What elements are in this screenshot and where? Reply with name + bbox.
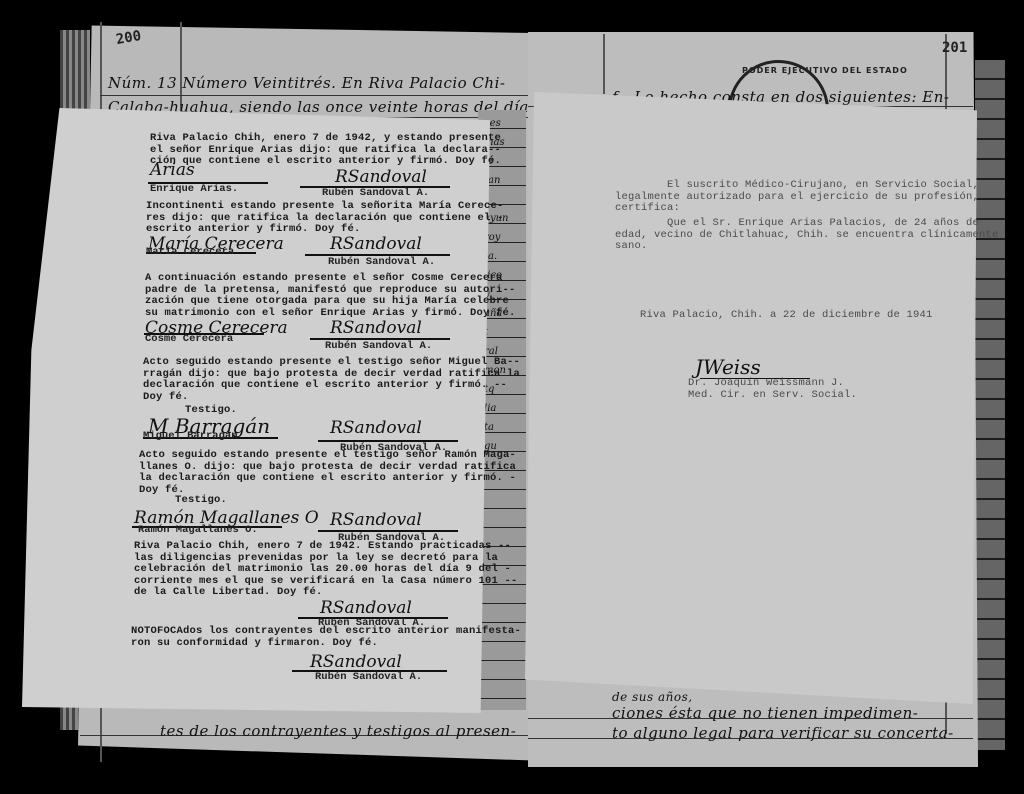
typed-line: declaración que contiene el escrito ante…: [143, 380, 520, 392]
paragraph-notification: NOTOFOCAdos los contrayentes del escrito…: [131, 626, 521, 649]
typed-line: Riva Palacio Chih, enero 7 de 1942, y es…: [150, 133, 501, 145]
paragraph-cosme-authorization: A continuación estando presente el señor…: [145, 273, 516, 319]
typed-line: edad, vecino de Chitlahuac, Chih. se enc…: [615, 230, 999, 242]
signature-sandoval: RSandoval: [330, 418, 422, 438]
signature-sandoval: RSandoval: [310, 652, 402, 672]
handwritten-line: de sus años,: [612, 690, 693, 704]
signature-sandoval: RSandoval: [320, 598, 412, 618]
typed-line: celebración del matrimonio las 20.00 hor…: [134, 564, 518, 576]
page-number-right: 201: [942, 40, 967, 56]
margin-word: tan: [484, 175, 524, 194]
typed-line: Acto seguido estando presente el testigo…: [143, 357, 520, 369]
signature-enrique: Arias: [150, 160, 195, 180]
signer-name: Rubén Sandoval A.: [328, 256, 435, 268]
signer-name: María Cerecera: [146, 246, 234, 258]
certificate-signer: Dr. Joaquín Weissmann J. Med. Cir. en Se…: [688, 378, 857, 401]
signer-title: Med. Cir. en Serv. Social.: [688, 390, 857, 402]
margin-word: t: [484, 327, 524, 346]
handwritten-line: tes de los contrayentes y testigos al pr…: [160, 722, 516, 740]
margin-word: ta.: [484, 251, 524, 270]
typed-line: ción que contiene el escrito anterior y …: [150, 156, 501, 168]
paragraph-enrique-ratification: Riva Palacio Chih, enero 7 de 1942, y es…: [150, 133, 501, 168]
signature-sandoval: RSandoval: [330, 234, 422, 254]
typed-line: la declaración que contiene el escrito a…: [139, 473, 516, 485]
typed-line: Riva Palacio Chih, enero 7 de 1942. Esta…: [134, 541, 518, 553]
book-page-edges-right: [975, 60, 1005, 750]
signature-doctor: JWeiss: [695, 355, 761, 379]
paragraph-marriage-decree: Riva Palacio Chih, enero 7 de 1942. Esta…: [134, 541, 518, 599]
signature-sandoval: RSandoval: [330, 318, 422, 338]
typed-line: El suscrito Médico-Cirujano, en Servicio…: [615, 180, 979, 192]
handwritten-line: Núm. 13 Número Veintitrés. En Riva Palac…: [108, 74, 505, 92]
signer-name: Miguel Barragán: [143, 430, 238, 442]
signer-name: Dr. Joaquín Weissmann J.: [688, 378, 857, 390]
signature-sandoval: RSandoval: [335, 167, 427, 187]
typed-line: de la Calle Libertad. Doy fé.: [134, 587, 518, 599]
typed-line: Incontinenti estando presente la señorit…: [146, 201, 504, 213]
ledger-rule: [100, 95, 530, 96]
witness-label: Testigo.: [175, 495, 227, 507]
typed-line: sano.: [615, 241, 999, 253]
signer-name: Rubén Sandoval A.: [315, 671, 422, 683]
handwritten-line: to alguno legal para verificar su concer…: [612, 724, 954, 742]
signer-name: Enrique Arias.: [150, 183, 238, 195]
paragraph-maria-ratification: Incontinenti estando presente la señorit…: [146, 201, 504, 236]
typed-line: Que el Sr. Enrique Arias Palacios, de 24…: [615, 218, 999, 230]
signer-name: Ramón Magallanes O.: [138, 524, 258, 536]
typed-line: ron su conformidad y firmaron. Doy fé.: [131, 638, 521, 650]
signature-sandoval: RSandoval: [330, 510, 422, 530]
paragraph-barragan-testimony: Acto seguido estando presente el testigo…: [143, 357, 520, 403]
paragraph-magallanes-testimony: Acto seguido estando presente el testigo…: [139, 450, 516, 496]
margin-word: ta: [484, 422, 524, 441]
certificate-body: Que el Sr. Enrique Arias Palacios, de 24…: [615, 218, 999, 253]
typed-line: Doy fé.: [143, 392, 520, 404]
certificate-intro: El suscrito Médico-Cirujano, en Servicio…: [615, 180, 979, 215]
ledger-rule: [603, 34, 605, 94]
margin-word: lia: [484, 403, 524, 422]
typed-line: NOTOFOCAdos los contrayentes del escrito…: [131, 626, 521, 638]
typed-line: zación que tiene otorgada para que su hi…: [145, 296, 516, 308]
signer-name: Rubén Sandoval A.: [322, 187, 429, 199]
typed-line: Acto seguido estando presente el testigo…: [139, 450, 516, 462]
signer-name: Rubén Sandoval A.: [325, 340, 432, 352]
typed-line: certifica:: [615, 203, 979, 215]
handwritten-line: ciones ésta que no tienen impedimen-: [612, 704, 918, 722]
stamp-text: PODER EJECUTIVO DEL ESTADO: [742, 66, 908, 75]
typed-line: A continuación estando presente el señor…: [145, 273, 516, 285]
certificate-date-line: Riva Palacio, Chih. a 22 de diciembre de…: [640, 310, 933, 322]
signer-name: Cosme Cerecera: [145, 333, 233, 345]
